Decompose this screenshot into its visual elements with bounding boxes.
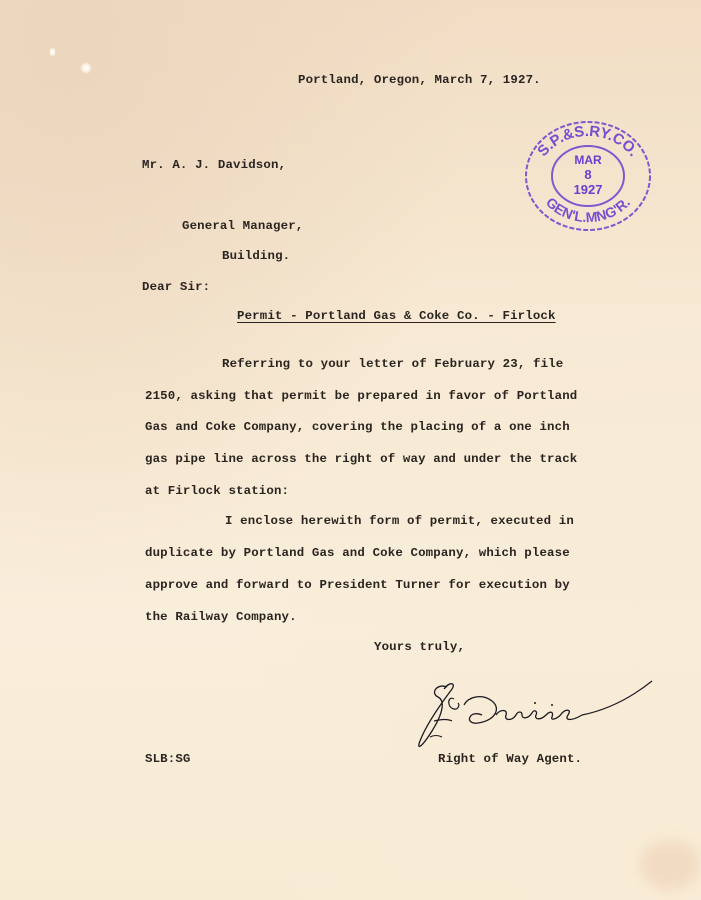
body-line: duplicate by Portland Gas and Coke Compa… xyxy=(145,546,570,560)
body-line: approve and forward to President Turner … xyxy=(145,578,570,592)
body-line: I enclose herewith form of permit, execu… xyxy=(225,514,574,528)
stamp-day: 8 xyxy=(584,167,591,182)
body-line: the Railway Company. xyxy=(145,610,297,624)
svg-text:GEN'L.MNG'R.: GEN'L.MNG'R. xyxy=(543,194,633,225)
recipient-location: Building. xyxy=(222,249,290,263)
body-line: Gas and Coke Company, covering the placi… xyxy=(145,420,570,434)
stamp-icon: S.P.&S.RY.CO. GEN'L.MNG'R. MAR 8 1927 xyxy=(522,118,654,234)
stamp-year: 1927 xyxy=(574,182,603,197)
paper-stain xyxy=(640,840,700,890)
punch-hole xyxy=(80,62,92,74)
recipient-name: Mr. A. J. Davidson, xyxy=(142,158,286,172)
handwritten-signature xyxy=(412,675,662,755)
signer-title: Right of Way Agent. xyxy=(438,752,582,766)
closing: Yours truly, xyxy=(374,640,465,654)
salutation: Dear Sir: xyxy=(142,280,210,294)
body-line: gas pipe line across the right of way an… xyxy=(145,452,577,466)
body-line: 2150, asking that permit be prepared in … xyxy=(145,389,577,403)
punch-mark xyxy=(50,46,55,58)
subject-line: Permit - Portland Gas & Coke Co. - Firlo… xyxy=(237,309,556,323)
received-stamp: S.P.&S.RY.CO. GEN'L.MNG'R. MAR 8 1927 xyxy=(522,118,654,234)
stamp-month: MAR xyxy=(574,153,602,167)
recipient-title: General Manager, xyxy=(182,219,303,233)
typist-initials: SLB:SG xyxy=(145,752,191,766)
signature-icon xyxy=(412,675,662,755)
body-line: at Firlock station: xyxy=(145,484,289,498)
letter-page: Portland, Oregon, March 7, 1927. S.P.&S.… xyxy=(0,0,701,900)
body-line: Referring to your letter of February 23,… xyxy=(222,357,563,371)
dateline: Portland, Oregon, March 7, 1927. xyxy=(298,73,541,87)
